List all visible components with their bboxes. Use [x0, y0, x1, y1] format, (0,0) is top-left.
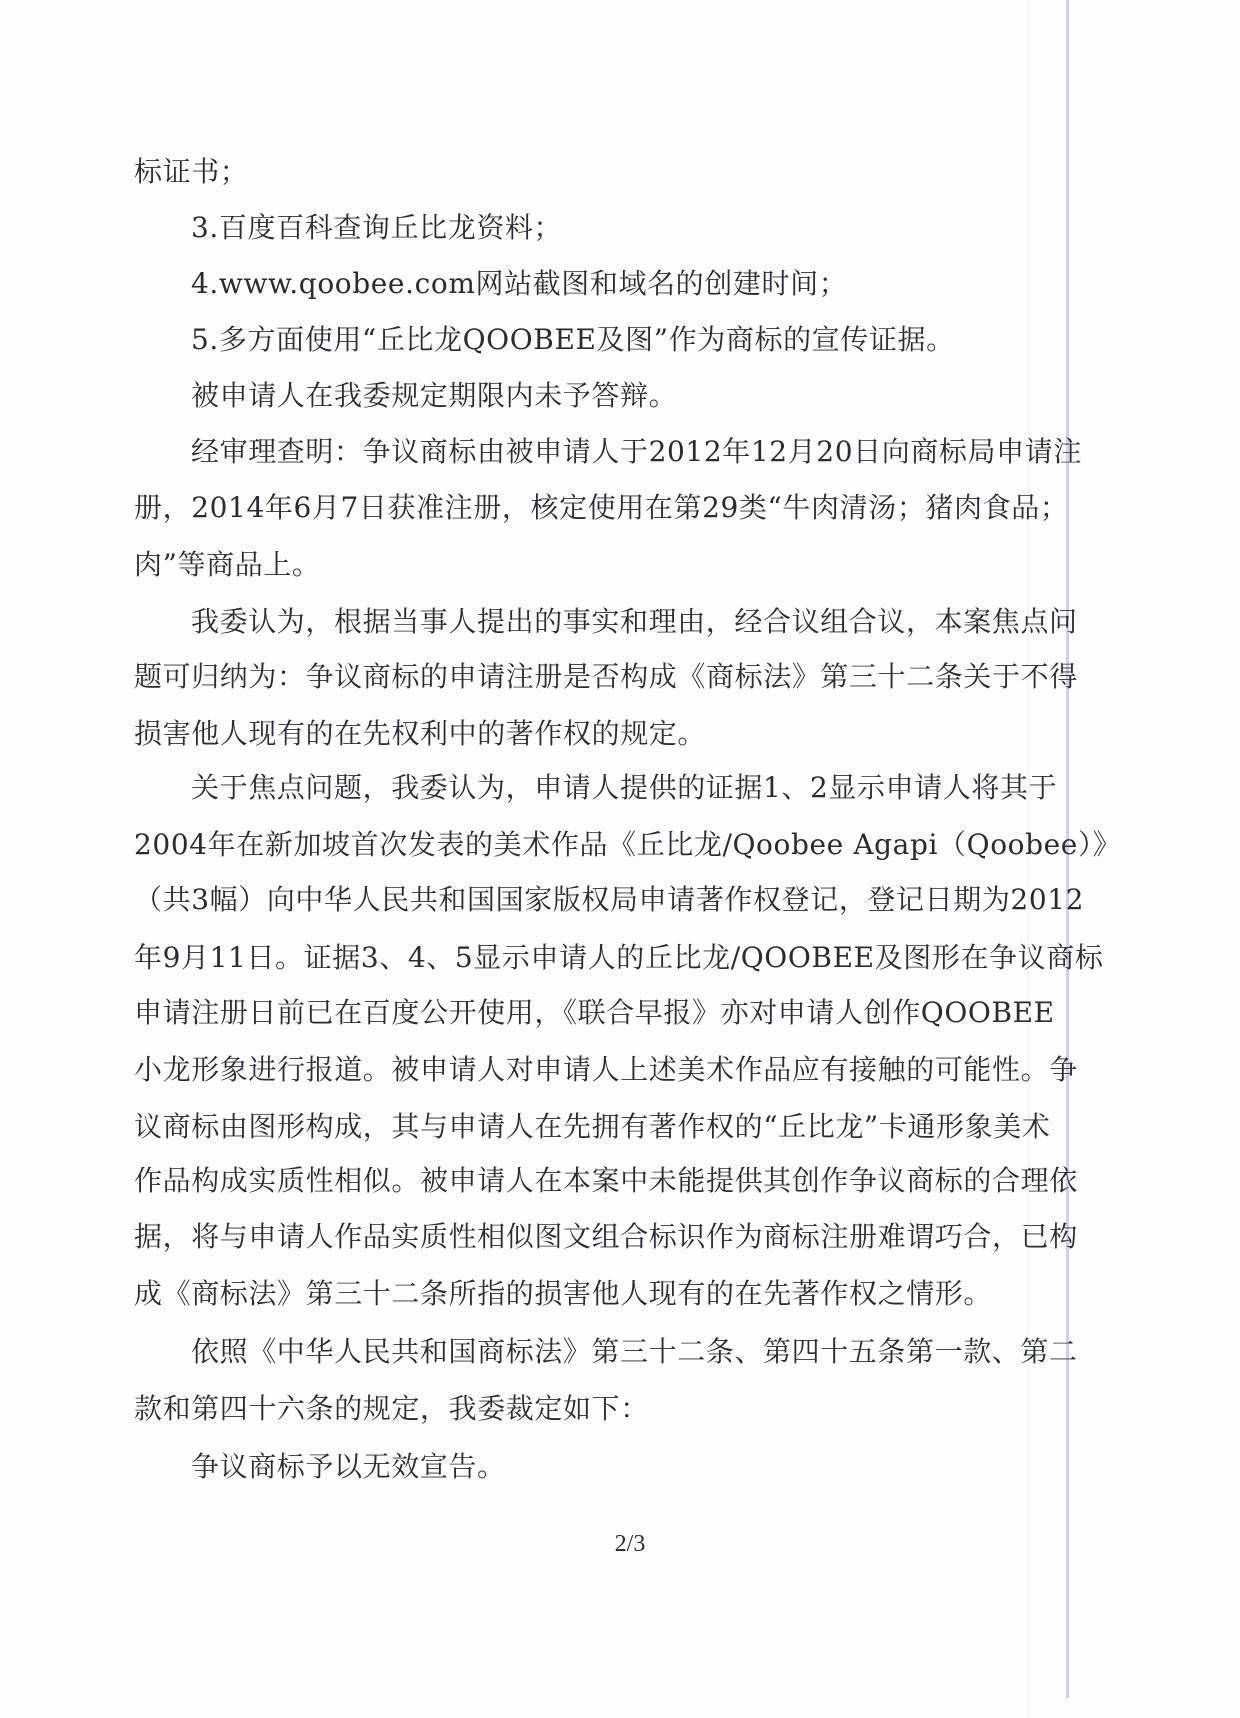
- findings-paragraph-line-2: 册，2014年6月7日获准注册，核定使用在第29类“牛肉清汤；猪肉食品；: [134, 488, 1109, 528]
- evidence-item-5: 5.多方面使用“丘比龙QOOBEE及图”作为商标的宣传证据。: [191, 320, 1109, 360]
- analysis-paragraph-line-4: 年9月11日。证据3、4、5显示申请人的丘比龙/QOOBEE及图形在争议商标: [134, 938, 1109, 978]
- ruling-line: 争议商标予以无效宣告。: [191, 1447, 1109, 1487]
- legal-basis-line-2: 款和第四十六条的规定，我委裁定如下：: [134, 1389, 1109, 1429]
- analysis-paragraph-line-7: 议商标由图形构成，其与申请人在先拥有著作权的“丘比龙”卡通形象美术: [134, 1107, 1109, 1147]
- issue-paragraph-line-1: 我委认为，根据当事人提出的事实和理由，经合议组合议，本案焦点问: [191, 602, 1109, 642]
- respondent-no-reply: 被申请人在我委规定期限内未予答辩。: [191, 376, 1109, 416]
- analysis-paragraph-line-3: （共3幅）向中华人民共和国国家版权局申请著作权登记，登记日期为2012: [134, 880, 1109, 920]
- analysis-paragraph-line-1: 关于焦点问题，我委认为，申请人提供的证据1、2显示申请人将其于: [191, 768, 1109, 808]
- findings-paragraph-line-1: 经审理查明：争议商标由被申请人于2012年12月20日向商标局申请注: [191, 432, 1109, 472]
- analysis-paragraph-line-9: 据，将与申请人作品实质性相似图文组合标识作为商标注册难谓巧合，已构: [134, 1217, 1109, 1257]
- text-line-continuation: 标证书；: [134, 152, 1109, 192]
- analysis-paragraph-line-6: 小龙形象进行报道。被申请人对申请人上述美术作品应有接触的可能性。争: [134, 1050, 1109, 1090]
- evidence-item-3: 3.百度百科查询丘比龙资料；: [191, 208, 1109, 248]
- document-page: 标证书； 3.百度百科查询丘比龙资料； 4.www.qoobee.com网站截图…: [0, 0, 1240, 1718]
- analysis-paragraph-line-2: 2004年在新加坡首次发表的美术作品《丘比龙/Qoobee Agapi（Qoob…: [134, 825, 1109, 865]
- evidence-item-4: 4.www.qoobee.com网站截图和域名的创建时间；: [191, 264, 1109, 304]
- analysis-paragraph-line-8: 作品构成实质性相似。被申请人在本案中未能提供其创作争议商标的合理依: [134, 1161, 1109, 1201]
- analysis-paragraph-line-10: 成《商标法》第三十二条所指的损害他人现有的在先著作权之情形。: [134, 1274, 1109, 1314]
- analysis-paragraph-line-5: 申请注册日前已在百度公开使用，《联合早报》亦对申请人创作QOOBEE: [134, 993, 1109, 1033]
- page-number: 2/3: [600, 1528, 660, 1560]
- findings-paragraph-line-3: 肉”等商品上。: [134, 545, 1109, 585]
- issue-paragraph-line-3: 损害他人现有的在先权利中的著作权的规定。: [134, 714, 1109, 754]
- issue-paragraph-line-2: 题可归纳为：争议商标的申请注册是否构成《商标法》第三十二条关于不得: [134, 657, 1109, 697]
- legal-basis-line-1: 依照《中华人民共和国商标法》第三十二条、第四十五条第一款、第二: [191, 1332, 1109, 1372]
